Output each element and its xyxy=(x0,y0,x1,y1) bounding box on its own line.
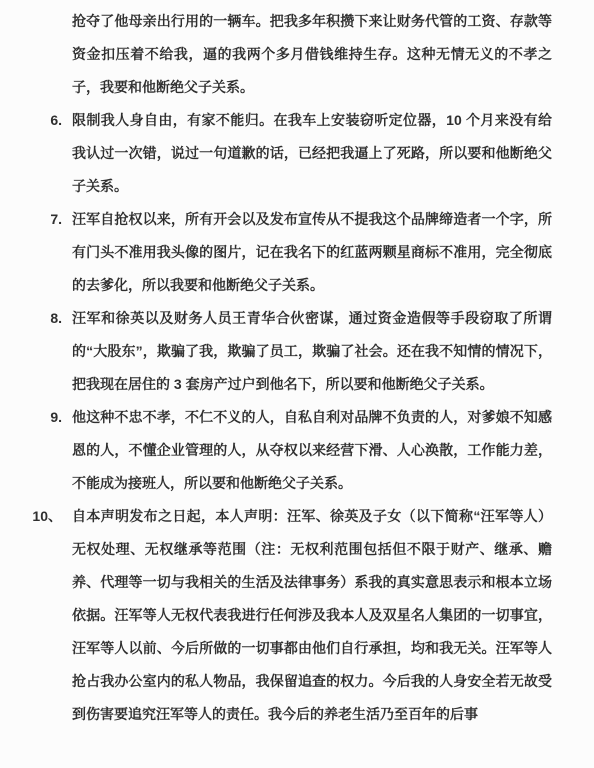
list-item: 10、 自本声明发布之日起，本人声明：汪军、徐英及子女（以下简称“汪军等人）无权… xyxy=(72,500,552,731)
list-item: 8. 汪军和徐英以及财务人员王青华合伙密谋，通过资金造假等手段窃取了所谓的“大股… xyxy=(72,302,552,401)
list-item-text: 自本声明发布之日起，本人声明：汪军、徐英及子女（以下简称“汪军等人）无权处理、无… xyxy=(72,508,552,722)
list-item: 7. 汪军自抢权以来，所有开会以及发布宣传从不提我这个品牌缔造者一个字，所有门头… xyxy=(72,203,552,302)
list-item-text: 他这种不忠不孝，不仁不义的人，自私自利对品牌不负责的人，对爹娘不知感恩的人，不懂… xyxy=(72,409,552,491)
list-item: 9. 他这种不忠不孝，不仁不义的人，自私自利对品牌不负责的人，对爹娘不知感恩的人… xyxy=(72,401,552,500)
list-item-text: 汪军和徐英以及财务人员王青华合伙密谋，通过资金造假等手段窃取了所谓的“大股东”，… xyxy=(72,310,552,392)
list-item-number: 8. xyxy=(50,302,62,335)
list-item-number: 10、 xyxy=(32,500,62,533)
document-page: 抢夺了他母亲出行用的一辆车。把我多年积攒下来让财务代管的工资、存款等资金扣压着不… xyxy=(0,0,594,768)
list-item: 6. 限制我人身自由，有家不能归。在我车上安装窃听定位器，10 个月来没有给我认… xyxy=(72,104,552,203)
paragraph-continuation: 抢夺了他母亲出行用的一辆车。把我多年积攒下来让财务代管的工资、存款等资金扣压着不… xyxy=(72,5,552,104)
list-item-number: 7. xyxy=(50,203,62,236)
list-item-text: 限制我人身自由，有家不能归。在我车上安装窃听定位器，10 个月来没有给我认过一次… xyxy=(72,112,552,194)
list-item-number: 9. xyxy=(50,401,62,434)
list-item-number: 6. xyxy=(50,104,62,137)
list-item-text: 汪军自抢权以来，所有开会以及发布宣传从不提我这个品牌缔造者一个字，所有门头不准用… xyxy=(72,211,552,293)
